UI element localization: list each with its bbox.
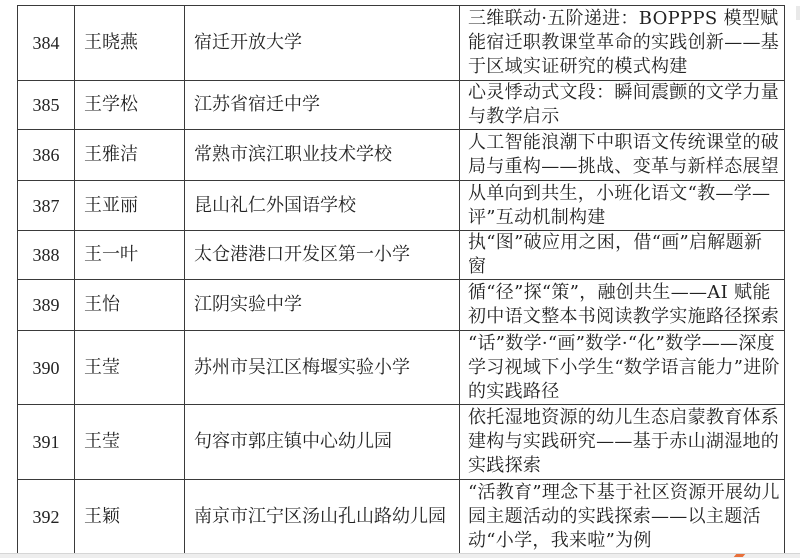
cell-number: 387 <box>18 181 75 231</box>
table-row: 391 王莹 句容市郭庄镇中心幼儿园 依托湿地资源的幼儿生态启蒙教育体系建构与实… <box>18 405 785 480</box>
cell-number: 388 <box>18 231 75 280</box>
cell-title: 从单向到共生，小班化语文“教—学—评”互动机制构建 <box>460 181 785 231</box>
cell-title: 三维联动·五阶递进：BOPPPS 模型赋能宿迁职教课堂革命的实践创新——基于区域… <box>460 6 785 81</box>
cell-organization: 太仓港港口开发区第一小学 <box>185 231 460 280</box>
cursor-mark-icon <box>734 554 746 557</box>
cell-number: 391 <box>18 405 75 480</box>
cell-name: 王颖 <box>75 480 185 554</box>
cell-name: 王雅洁 <box>75 130 185 181</box>
cell-name: 王莹 <box>75 331 185 405</box>
cell-title: 心灵悸动式文段：瞬间震颤的文学力量与教学启示 <box>460 81 785 130</box>
cell-organization: 江阴实验中学 <box>185 280 460 331</box>
cell-number: 385 <box>18 81 75 130</box>
table-row: 392 王颖 南京市江宁区汤山孔山路幼儿园 “活教育”理念下基于社区资源开展幼儿… <box>18 480 785 554</box>
cell-title: 执“图”破应用之困，借“画”启解题新窗 <box>460 231 785 280</box>
table-row: 389 王怡 江阴实验中学 循“径”探“策”，融创共生——AI 赋能初中语文整本… <box>18 280 785 331</box>
cell-number: 389 <box>18 280 75 331</box>
cell-organization: 常熟市滨江职业技术学校 <box>185 130 460 181</box>
table-row: 384 王晓燕 宿迁开放大学 三维联动·五阶递进：BOPPPS 模型赋能宿迁职教… <box>18 6 785 81</box>
cell-number: 386 <box>18 130 75 181</box>
table-row: 385 王学松 江苏省宿迁中学 心灵悸动式文段：瞬间震颤的文学力量与教学启示 <box>18 81 785 130</box>
document-page: 384 王晓燕 宿迁开放大学 三维联动·五阶递进：BOPPPS 模型赋能宿迁职教… <box>0 0 800 553</box>
table-row: 387 王亚丽 昆山礼仁外国语学校 从单向到共生，小班化语文“教—学—评”互动机… <box>18 181 785 231</box>
table-row: 386 王雅洁 常熟市滨江职业技术学校 人工智能浪潮下中职语文传统课堂的破局与重… <box>18 130 785 181</box>
cell-title: “话”数学·“画”数学·“化”数学——深度学习视域下小学生“数学语言能力”进阶的… <box>460 331 785 405</box>
table-body: 384 王晓燕 宿迁开放大学 三维联动·五阶递进：BOPPPS 模型赋能宿迁职教… <box>18 6 785 554</box>
cell-organization: 苏州市吴江区梅堰实验小学 <box>185 331 460 405</box>
results-table: 384 王晓燕 宿迁开放大学 三维联动·五阶递进：BOPPPS 模型赋能宿迁职教… <box>17 5 785 554</box>
cell-name: 王亚丽 <box>75 181 185 231</box>
cell-organization: 江苏省宿迁中学 <box>185 81 460 130</box>
cell-organization: 宿迁开放大学 <box>185 6 460 81</box>
cell-name: 王学松 <box>75 81 185 130</box>
cell-title: “活教育”理念下基于社区资源开展幼儿园主题活动的实践探索——以主题活动“小学，我… <box>460 480 785 554</box>
cell-name: 王怡 <box>75 280 185 331</box>
cell-organization: 昆山礼仁外国语学校 <box>185 181 460 231</box>
cell-number: 390 <box>18 331 75 405</box>
cell-organization: 南京市江宁区汤山孔山路幼儿园 <box>185 480 460 554</box>
table-row: 388 王一叶 太仓港港口开发区第一小学 执“图”破应用之困，借“画”启解题新窗 <box>18 231 785 280</box>
table-row: 390 王莹 苏州市吴江区梅堰实验小学 “话”数学·“画”数学·“化”数学——深… <box>18 331 785 405</box>
cell-number: 392 <box>18 480 75 554</box>
cell-number: 384 <box>18 6 75 81</box>
cell-title: 循“径”探“策”，融创共生——AI 赋能初中语文整本书阅读教学实施路径探索 <box>460 280 785 331</box>
cell-title: 人工智能浪潮下中职语文传统课堂的破局与重构——挑战、变革与新样态展望 <box>460 130 785 181</box>
side-panel-tab[interactable] <box>796 6 800 20</box>
cell-name: 王一叶 <box>75 231 185 280</box>
horizontal-scrollbar-strip[interactable] <box>0 553 800 558</box>
cell-organization: 句容市郭庄镇中心幼儿园 <box>185 405 460 480</box>
cell-name: 王莹 <box>75 405 185 480</box>
cell-title: 依托湿地资源的幼儿生态启蒙教育体系建构与实践研究——基于赤山湖湿地的实践探索 <box>460 405 785 480</box>
cell-name: 王晓燕 <box>75 6 185 81</box>
